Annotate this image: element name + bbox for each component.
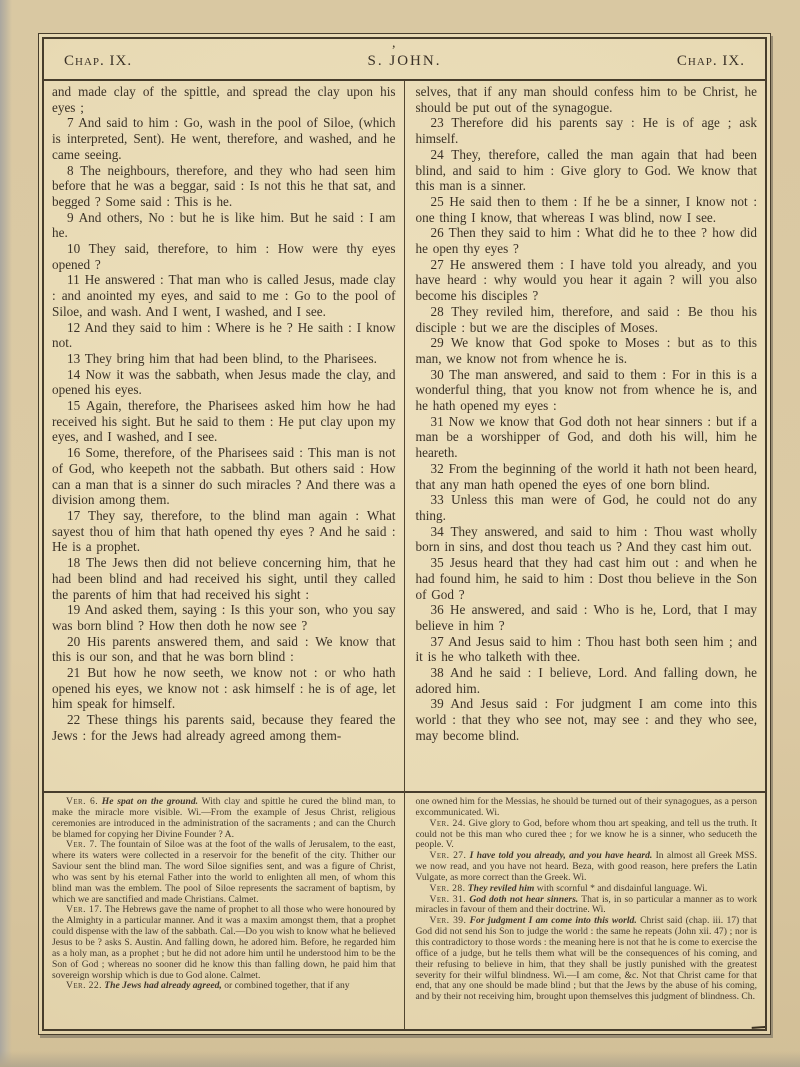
footnote-label: Ver. 7. [66, 839, 97, 850]
verse-number: 8 [67, 163, 74, 178]
verse-paragraph: 19 And asked them, saying : Is this your… [52, 602, 396, 633]
verse-number: 24 [431, 147, 444, 162]
footnote-label: Ver. 27. [430, 850, 467, 861]
page: Chap. IX. S. JOHN. ’ Chap. IX. and made … [38, 33, 771, 1035]
verse-number: 23 [431, 115, 444, 130]
footnote-text: one owned him for the Messias, he should… [416, 797, 758, 818]
footnote-text: That is, in so particular a manner as to… [416, 894, 758, 916]
verse-text: And Jesus said to him : Thou hast both s… [416, 634, 758, 665]
verse-paragraph: 26 Then they said to him : What did he t… [416, 225, 758, 256]
verse-text: The Jews then did not believe concerning… [52, 555, 396, 601]
verse-paragraph: 21 But how he now seeth, we know not : o… [52, 665, 396, 712]
verse-text: He answered, and said : Who is he, Lord,… [416, 602, 758, 633]
verse-number: 27 [431, 257, 444, 272]
verse-paragraph: 25 He said then to them : If he be a sin… [416, 194, 758, 225]
verse-text: They answered, and said to him : Thou wa… [416, 524, 758, 555]
verse-text: And asked them, saying : Is this your so… [52, 602, 396, 633]
verse-paragraph: 13 They bring him that had been blind, t… [52, 351, 396, 367]
footnote-paragraph: Ver. 39. For judgment I am come into thi… [416, 916, 758, 1003]
page-edge-bottom [0, 1051, 800, 1067]
verse-number: 38 [431, 665, 444, 680]
verse-number: 7 [67, 115, 74, 130]
footnote-paragraph: Ver. 6. He spat on the ground. With clay… [52, 797, 396, 840]
book-title-text: S. JOHN. [368, 53, 442, 69]
footnote-label: Ver. 24. [430, 818, 466, 829]
footnote-column-left: Ver. 6. He spat on the ground. With clay… [44, 797, 405, 1029]
footnote-label: Ver. 17. [66, 904, 102, 915]
verse-number: 37 [431, 634, 444, 649]
verse-column-left: and made clay of the spittle, and spread… [44, 84, 405, 791]
verse-paragraph: 24 They, therefore, called the man again… [416, 147, 758, 194]
verse-text: They bring him that had been blind, to t… [85, 351, 377, 366]
column-divider [404, 81, 406, 1029]
verse-number: 30 [431, 367, 444, 382]
verse-paragraph: 28 They reviled him, therefore, and said… [416, 304, 758, 335]
verse-paragraph: 31 Now we know that God doth not hear si… [416, 414, 758, 461]
verse-text: Again, therefore, the Pharisees asked hi… [52, 398, 396, 444]
verse-paragraph: 30 The man answered, and said to them : … [416, 367, 758, 414]
footnote-lead: They reviled him [468, 883, 535, 894]
verse-paragraph: 14 Now it was the sabbath, when Jesus ma… [52, 367, 396, 398]
footnote-label: Ver. 6. [66, 797, 98, 807]
verse-text: His parents answered them, and said : We… [52, 634, 396, 665]
ink-mark: ’ [392, 42, 398, 58]
footnote-lead: God doth not hear sinners. [469, 894, 578, 905]
verse-number: 18 [67, 555, 80, 570]
verse-text: He answered them : I have told you alrea… [416, 257, 758, 303]
footnote-text: The fountain of Siloe was at the foot of… [52, 839, 396, 904]
verse-text: Unless this man were of God, he could no… [416, 492, 758, 523]
footnote-paragraph: Ver. 24. Give glory to God, before whom … [416, 819, 758, 852]
footnote-lead: I have told you already, and you have he… [470, 850, 653, 861]
verse-text: They reviled him, therefore, and said : … [416, 304, 758, 335]
verse-paragraph: 15 Again, therefore, the Pharisees asked… [52, 398, 396, 445]
footnote-paragraph: Ver. 7. The fountain of Siloe was at the… [52, 840, 396, 905]
footnote-text: Christ said (chap. iii. 17) that God did… [416, 915, 758, 1002]
page-border: Chap. IX. S. JOHN. ’ Chap. IX. and made … [42, 37, 767, 1031]
verse-number: 14 [67, 367, 80, 382]
verse-paragraph: 32 From the beginning of the world it ha… [416, 461, 758, 492]
verse-paragraph: 27 He answered them : I have told you al… [416, 257, 758, 304]
header-row: Chap. IX. S. JOHN. ’ Chap. IX. [44, 39, 765, 81]
verse-number: 13 [67, 351, 80, 366]
verse-number: 36 [431, 602, 444, 617]
header-chapter-left: Chap. IX. [64, 53, 132, 70]
verse-text: And others, No : but he is like him. But… [52, 210, 396, 241]
verse-paragraph: 34 They answered, and said to him : Thou… [416, 524, 758, 555]
verse-text: But how he now seeth, we know not : or w… [52, 665, 396, 711]
verse-text: From the beginning of the world it hath … [416, 461, 758, 492]
verse-number: 20 [67, 634, 80, 649]
verse-number: 28 [431, 304, 444, 319]
verse-text: And they said to him : Where is he ? He … [52, 320, 395, 351]
verse-number: 9 [67, 210, 74, 225]
footnote-lead: The Jews had already agreed, [104, 980, 222, 991]
verse-number: 15 [67, 398, 80, 413]
page-curl-mark [752, 1025, 767, 1031]
footnote-paragraph: one owned him for the Messias, he should… [416, 797, 758, 819]
verse-number: 29 [431, 335, 444, 350]
verse-paragraph: 39 And Jesus said : For judgment I am co… [416, 696, 758, 743]
footnote-paragraph: Ver. 27. I have told you already, and yo… [416, 851, 758, 884]
verse-paragraph: 7 And said to him : Go, wash in the pool… [52, 115, 396, 162]
verse-paragraph: 8 The neighbours, therefore, and they wh… [52, 163, 396, 210]
verse-number: 10 [67, 241, 80, 256]
header-book-title: S. JOHN. ’ [368, 53, 442, 70]
verse-text: And said to him : Go, wash in the pool o… [52, 115, 396, 161]
verse-text: The neighbours, therefore, and they who … [52, 163, 396, 209]
verse-paragraph: 23 Therefore did his parents say : He is… [416, 115, 758, 146]
verse-number: 16 [67, 445, 80, 460]
footnote-label: Ver. 39. [430, 915, 467, 926]
verse-text: These things his parents said, because t… [52, 712, 396, 743]
verse-text: He answered : That man who is called Jes… [52, 272, 396, 318]
verse-text: Some, therefore, of the Pharisees said :… [52, 445, 396, 507]
verse-number: 26 [431, 225, 444, 240]
verse-paragraph: 35 Jesus heard that they had cast him ou… [416, 555, 758, 602]
verse-paragraph: 10 They said, therefore, to him : How we… [52, 241, 396, 272]
footnote-text: with scornful * and disdainful language.… [537, 883, 708, 894]
footnote-paragraph: Ver. 31. God doth not hear sinners. That… [416, 895, 758, 917]
verse-number: 31 [431, 414, 444, 429]
verse-number: 34 [431, 524, 444, 539]
footnote-label: Ver. 28. [430, 883, 466, 894]
footnote-text: Give glory to God, before whom thou art … [416, 818, 758, 851]
verse-text: Jesus heard that they had cast him out :… [416, 555, 758, 601]
verse-paragraph: 18 The Jews then did not believe concern… [52, 555, 396, 602]
verse-number: 35 [431, 555, 444, 570]
verse-paragraph: 17 They say, therefore, to the blind man… [52, 508, 396, 555]
footnote-text: The Hebrews gave the name of prophet to … [52, 904, 396, 980]
page-edge-left [0, 0, 12, 1067]
verse-number: 17 [67, 508, 80, 523]
footnote-column-right: one owned him for the Messias, he should… [405, 797, 766, 1029]
verse-number: 19 [67, 602, 80, 617]
verse-paragraph: 20 His parents answered them, and said :… [52, 634, 396, 665]
verse-number: 21 [67, 665, 80, 680]
verse-paragraph: 11 He answered : That man who is called … [52, 272, 396, 319]
verse-paragraph: 12 And they said to him : Where is he ? … [52, 320, 396, 351]
footnote-lead: For judgment I am come into this world. [470, 915, 637, 926]
footnote-lead: He spat on the ground. [102, 797, 198, 807]
verse-number: 22 [67, 712, 80, 727]
verse-number: 25 [431, 194, 444, 209]
verse-paragraph: 33 Unless this man were of God, he could… [416, 492, 758, 523]
verse-text: Now we know that God doth not hear sinne… [416, 414, 758, 460]
verse-paragraph: 36 He answered, and said : Who is he, Lo… [416, 602, 758, 633]
verse-paragraph: selves, that if any man should confess h… [416, 84, 758, 115]
verse-paragraph: and made clay of the spittle, and spread… [52, 84, 396, 115]
verse-paragraph: 29 We know that God spoke to Moses : but… [416, 335, 758, 366]
verse-text: And he said : I believe, Lord. And falli… [416, 665, 758, 696]
verse-paragraph: 9 And others, No : but he is like him. B… [52, 210, 396, 241]
header-chapter-right: Chap. IX. [677, 53, 745, 70]
footnote-label: Ver. 31. [430, 894, 467, 905]
footnote-paragraph: Ver. 17. The Hebrews gave the name of pr… [52, 905, 396, 981]
verse-paragraph: 22 These things his parents said, becaus… [52, 712, 396, 743]
footnote-paragraph: Ver. 22. The Jews had already agreed, or… [52, 981, 396, 992]
verse-number: 33 [431, 492, 444, 507]
verse-column-right: selves, that if any man should confess h… [405, 84, 766, 791]
verse-number: 12 [67, 320, 80, 335]
footnote-label: Ver. 22. [66, 980, 102, 991]
verse-number: 32 [431, 461, 444, 476]
verse-text: They, therefore, called the man again th… [416, 147, 758, 193]
verse-text: Therefore did his parents say : He is of… [416, 115, 758, 146]
verse-paragraph: 37 And Jesus said to him : Thou hast bot… [416, 634, 758, 665]
verse-text: Now it was the sabbath, when Jesus made … [52, 367, 396, 398]
verse-text: and made clay of the spittle, and spread… [52, 84, 396, 115]
verse-number: 11 [67, 272, 80, 287]
verse-text: And Jesus said : For judgment I am come … [416, 696, 758, 742]
verse-paragraph: 38 And he said : I believe, Lord. And fa… [416, 665, 758, 696]
verse-text: They say, therefore, to the blind man ag… [52, 508, 396, 554]
footnote-text: or combined together, that if any [224, 980, 349, 991]
verse-paragraph: 16 Some, therefore, of the Pharisees sai… [52, 445, 396, 508]
verse-text: selves, that if any man should confess h… [416, 84, 758, 115]
verse-text: He said then to them : If he be a sinner… [416, 194, 758, 225]
verse-text: The man answered, and said to them : For… [416, 367, 758, 413]
verse-text: Then they said to him : What did he to t… [416, 225, 758, 256]
verse-text: They said, therefore, to him : How were … [52, 241, 396, 272]
verse-number: 39 [431, 696, 444, 711]
verse-text: We know that God spoke to Moses : but as… [416, 335, 758, 366]
